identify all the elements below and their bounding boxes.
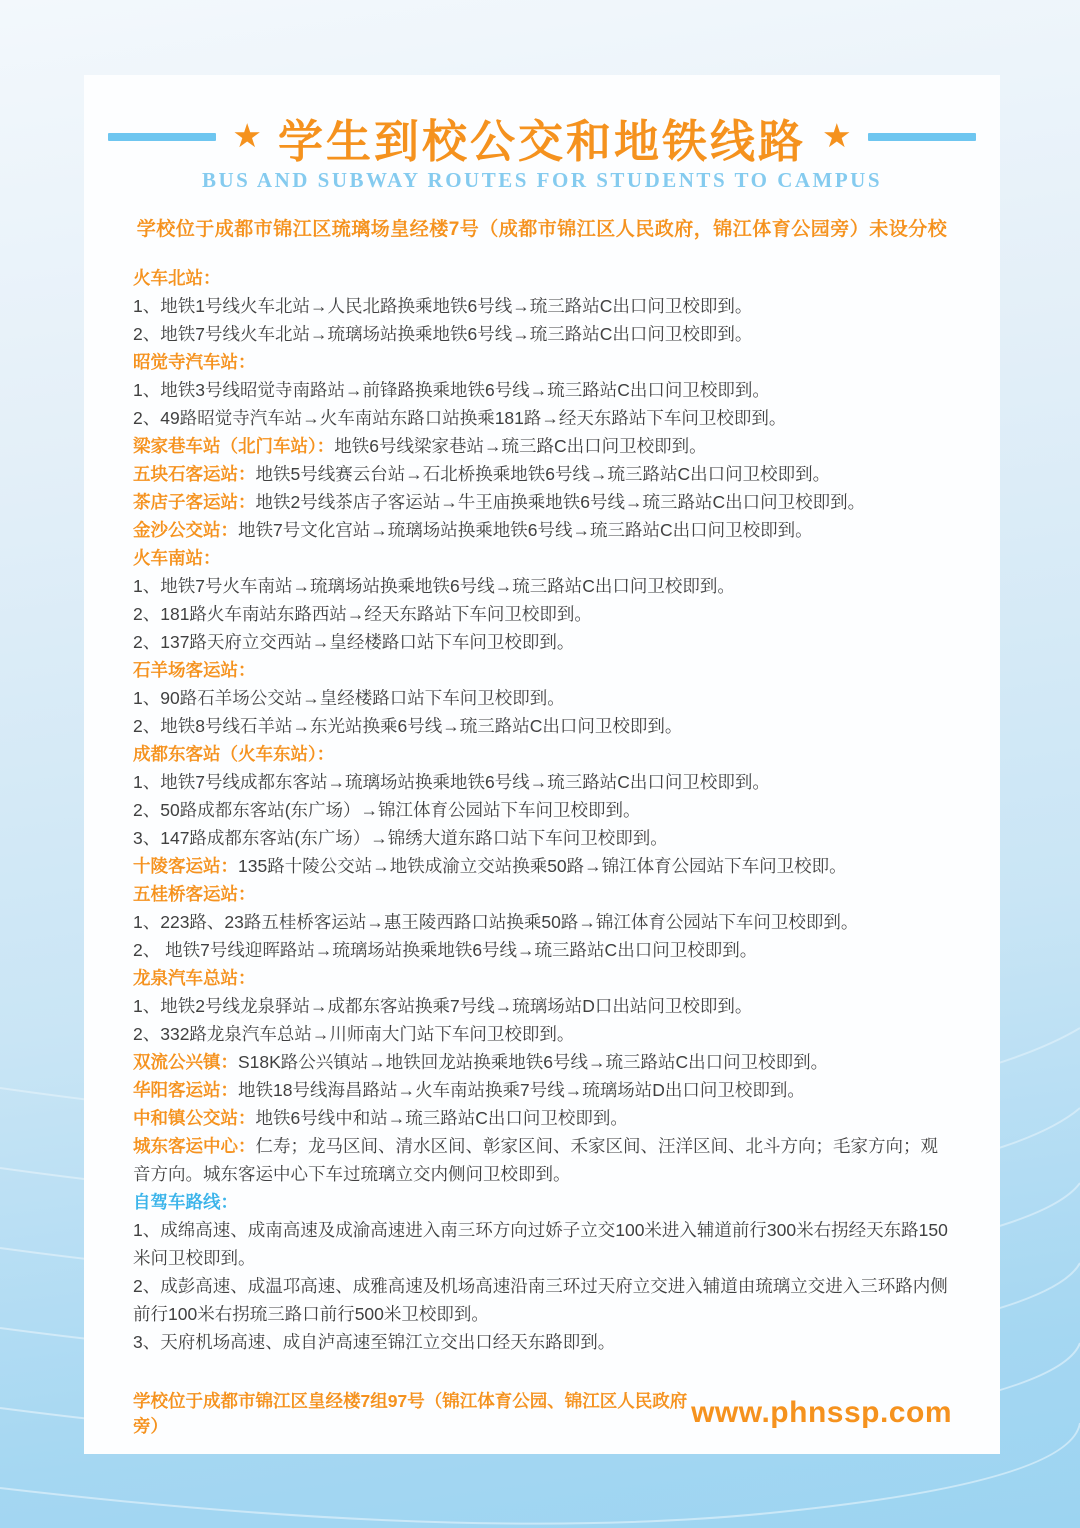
section-label: 十陵客运站： xyxy=(133,856,238,876)
section-label: 城东客运中心： xyxy=(133,1136,256,1156)
section-label: 昭觉寺汽车站： xyxy=(133,352,256,372)
section-label: 龙泉汽车总站： xyxy=(133,968,256,988)
poster-footer: 学校位于成都市锦江区皇经楼7组97号（锦江体育公园、锦江区人民政府旁） www.… xyxy=(133,1388,952,1438)
route-line: 3、天府机场高速、成自泸高速至锦江立交出口经天东路即到。 xyxy=(133,1328,952,1356)
route-line-labeled: 茶店子客运站：地铁2号线茶店子客运站→牛王庙换乘地铁6号线→琉三路站C出口问卫校… xyxy=(133,488,952,516)
route-text: 地铁6号线中和站→琉三路站C出口问卫校即到。 xyxy=(256,1108,628,1128)
section-label: 茶店子客运站： xyxy=(133,492,256,512)
page-background: ★ 学生到校公交和地铁线路 ★ BUS AND SUBWAY ROUTES FO… xyxy=(0,0,1080,1528)
route-text: 2、50路成都东客站(东广场）→锦江体育公园站下车问卫校即到。 xyxy=(133,800,641,820)
route-line: 2、49路昭觉寺汽车站→火车南站东路口站换乘181路→经天东路站下车问卫校即到。 xyxy=(133,404,952,432)
route-line-labeled: 梁家巷车站（北门车站）：地铁6号线梁家巷站→琉三路C出口问卫校即到。 xyxy=(133,432,952,460)
route-line: 2、137路天府立交西站→皇经楼路口站下车问卫校即到。 xyxy=(133,628,952,656)
school-location-note: 学校位于成都市锦江区琉璃场皇经楼7号（成都市锦江区人民政府，锦江体育公园旁）未设… xyxy=(84,214,1000,241)
poster-header: ★ 学生到校公交和地铁线路 ★ BUS AND SUBWAY ROUTES FO… xyxy=(84,75,1000,241)
route-line-labeled: 金沙公交站：地铁7号文化宫站→琉璃场站换乘地铁6号线→琉三路站C出口问卫校即到。 xyxy=(133,516,952,544)
route-line: 2、成彭高速、成温邛高速、成雅高速及机场高速沿南三环过天府立交进入辅道由琉璃立交… xyxy=(133,1272,952,1328)
route-line: 2、332路龙泉汽车总站→川师南大门站下车问卫校即到。 xyxy=(133,1020,952,1048)
section-header: 石羊场客运站： xyxy=(133,656,952,684)
route-text: 1、地铁7号火车南站→琉璃场站换乘地铁6号线→琉三路站C出口问卫校即到。 xyxy=(133,576,735,596)
website-text: www.phnssp.com xyxy=(691,1396,952,1430)
star-right-icon: ★ xyxy=(822,119,852,156)
route-line: 1、地铁2号线龙泉驿站→成都东客站换乘7号线→琉璃场站D口出站问卫校即到。 xyxy=(133,992,952,1020)
route-line: 2、地铁8号线石羊站→东光站换乘6号线→琉三路站C出口问卫校即到。 xyxy=(133,712,952,740)
route-text: 1、地铁3号线昭觉寺南路站→前锋路换乘地铁6号线→琉三路站C出口问卫校即到。 xyxy=(133,380,770,400)
route-line: 1、223路、23路五桂桥客运站→惠王陵西路口站换乘50路→锦江体育公园站下车问… xyxy=(133,908,952,936)
footer-address: 学校位于成都市锦江区皇经楼7组97号（锦江体育公园、锦江区人民政府旁） xyxy=(133,1388,691,1438)
route-line: 2、地铁7号线火车北站→琉璃场站换乘地铁6号线→琉三路站C出口问卫校即到。 xyxy=(133,320,952,348)
title-dash-left xyxy=(108,133,216,141)
section-label: 双流公兴镇： xyxy=(133,1052,238,1072)
content-card: ★ 学生到校公交和地铁线路 ★ BUS AND SUBWAY ROUTES FO… xyxy=(84,75,1000,1454)
star-left-icon: ★ xyxy=(232,119,262,156)
section-header: 火车南站： xyxy=(133,544,952,572)
route-text: 3、天府机场高速、成自泸高速至锦江立交出口经天东路即到。 xyxy=(133,1332,615,1352)
route-text: 1、地铁1号线火车北站→人民北路换乘地铁6号线→琉三路站C出口问卫校即到。 xyxy=(133,296,752,316)
route-text: 2、 地铁7号线迎晖路站→琉璃场站换乘地铁6号线→琉三路站C出口问卫校即到。 xyxy=(133,940,757,960)
section-label: 五桂桥客运站： xyxy=(133,884,256,904)
section-label: 华阳客运站： xyxy=(133,1080,238,1100)
route-line: 3、147路成都东客站(东广场）→锦绣大道东路口站下车问卫校即到。 xyxy=(133,824,952,852)
route-text: 2、332路龙泉汽车总站→川师南大门站下车问卫校即到。 xyxy=(133,1024,574,1044)
route-text: 2、地铁8号线石羊站→东光站换乘6号线→琉三路站C出口问卫校即到。 xyxy=(133,716,682,736)
section-label: 成都东客站（火车东站）： xyxy=(133,744,334,764)
route-text: 地铁5号线赛云台站→石北桥换乘地铁6号线→琉三路站C出口问卫校即到。 xyxy=(256,464,831,484)
route-line-labeled: 城东客运中心：仁寿；龙马区间、清水区间、彰家区间、禾家区间、汪洋区间、北斗方向；… xyxy=(133,1132,952,1188)
route-text: 1、地铁2号线龙泉驿站→成都东客站换乘7号线→琉璃场站D口出站问卫校即到。 xyxy=(133,996,752,1016)
section-label: 火车北站： xyxy=(133,268,221,288)
route-text: S18K路公兴镇站→地铁回龙站换乘地铁6号线→琉三路站C出口问卫校即到。 xyxy=(238,1052,828,1072)
route-line-labeled: 十陵客运站：135路十陵公交站→地铁成渝立交站换乘50路→锦江体育公园站下车问卫… xyxy=(133,852,952,880)
route-text: 地铁18号线海昌路站→火车南站换乘7号线→琉璃场站D出口问卫校即到。 xyxy=(238,1080,805,1100)
route-text: 地铁2号线茶店子客运站→牛王庙换乘地铁6号线→琉三路站C出口问卫校即到。 xyxy=(256,492,866,512)
section-label: 中和镇公交站： xyxy=(133,1108,256,1128)
route-text: 2、成彭高速、成温邛高速、成雅高速及机场高速沿南三环过天府立交进入辅道由琉璃立交… xyxy=(133,1276,948,1324)
section-header: 五桂桥客运站： xyxy=(133,880,952,908)
section-label: 金沙公交站： xyxy=(133,520,238,540)
route-line: 1、地铁1号线火车北站→人民北路换乘地铁6号线→琉三路站C出口问卫校即到。 xyxy=(133,292,952,320)
section-label: 梁家巷车站（北门车站）： xyxy=(133,436,334,456)
section-label: 石羊场客运站： xyxy=(133,660,256,680)
route-text: 1、成绵高速、成南高速及成渝高速进入南三环方向过娇子立交100米进入辅道前行30… xyxy=(133,1220,948,1268)
route-list: 火车北站：1、地铁1号线火车北站→人民北路换乘地铁6号线→琉三路站C出口问卫校即… xyxy=(133,264,952,1356)
page-title: 学生到校公交和地铁线路 xyxy=(278,105,806,170)
route-line-labeled: 五块石客运站：地铁5号线赛云台站→石北桥换乘地铁6号线→琉三路站C出口问卫校即到… xyxy=(133,460,952,488)
route-line-labeled: 双流公兴镇：S18K路公兴镇站→地铁回龙站换乘地铁6号线→琉三路站C出口问卫校即… xyxy=(133,1048,952,1076)
route-text: 1、223路、23路五桂桥客运站→惠王陵西路口站换乘50路→锦江体育公园站下车问… xyxy=(133,912,858,932)
route-text: 3、147路成都东客站(东广场）→锦绣大道东路口站下车问卫校即到。 xyxy=(133,828,668,848)
route-text: 2、49路昭觉寺汽车站→火车南站东路口站换乘181路→经天东路站下车问卫校即到。 xyxy=(133,408,786,428)
title-row: ★ 学生到校公交和地铁线路 ★ xyxy=(84,109,1000,165)
route-line: 1、成绵高速、成南高速及成渝高速进入南三环方向过娇子立交100米进入辅道前行30… xyxy=(133,1216,952,1272)
route-text: 135路十陵公交站→地铁成渝立交站换乘50路→锦江体育公园站下车问卫校即。 xyxy=(238,856,847,876)
section-label: 自驾车路线： xyxy=(133,1192,238,1212)
route-line: 2、181路火车南站东路西站→经天东路站下车问卫校即到。 xyxy=(133,600,952,628)
route-line: 1、地铁3号线昭觉寺南路站→前锋路换乘地铁6号线→琉三路站C出口问卫校即到。 xyxy=(133,376,952,404)
section-header: 自驾车路线： xyxy=(133,1188,952,1216)
section-header: 火车北站： xyxy=(133,264,952,292)
route-line: 1、90路石羊场公交站→皇经楼路口站下车问卫校即到。 xyxy=(133,684,952,712)
route-line-labeled: 中和镇公交站：地铁6号线中和站→琉三路站C出口问卫校即到。 xyxy=(133,1104,952,1132)
section-label: 五块石客运站： xyxy=(133,464,256,484)
route-text: 2、地铁7号线火车北站→琉璃场站换乘地铁6号线→琉三路站C出口问卫校即到。 xyxy=(133,324,752,344)
route-text: 地铁6号线梁家巷站→琉三路C出口问卫校即到。 xyxy=(334,436,706,456)
route-text: 地铁7号文化宫站→琉璃场站换乘地铁6号线→琉三路站C出口问卫校即到。 xyxy=(238,520,813,540)
route-text: 2、181路火车南站东路西站→经天东路站下车问卫校即到。 xyxy=(133,604,592,624)
section-label: 火车南站： xyxy=(133,548,221,568)
route-text: 1、90路石羊场公交站→皇经楼路口站下车问卫校即到。 xyxy=(133,688,565,708)
route-line: 1、地铁7号火车南站→琉璃场站换乘地铁6号线→琉三路站C出口问卫校即到。 xyxy=(133,572,952,600)
section-header: 龙泉汽车总站： xyxy=(133,964,952,992)
route-text: 2、137路天府立交西站→皇经楼路口站下车问卫校即到。 xyxy=(133,632,574,652)
section-header: 昭觉寺汽车站： xyxy=(133,348,952,376)
page-subtitle: BUS AND SUBWAY ROUTES FOR STUDENTS TO CA… xyxy=(84,168,1000,193)
route-line: 1、地铁7号线成都东客站→琉璃场站换乘地铁6号线→琉三路站C出口问卫校即到。 xyxy=(133,768,952,796)
route-text: 1、地铁7号线成都东客站→琉璃场站换乘地铁6号线→琉三路站C出口问卫校即到。 xyxy=(133,772,770,792)
section-header: 成都东客站（火车东站）： xyxy=(133,740,952,768)
route-line-labeled: 华阳客运站：地铁18号线海昌路站→火车南站换乘7号线→琉璃场站D出口问卫校即到。 xyxy=(133,1076,952,1104)
route-line: 2、50路成都东客站(东广场）→锦江体育公园站下车问卫校即到。 xyxy=(133,796,952,824)
route-line: 2、 地铁7号线迎晖路站→琉璃场站换乘地铁6号线→琉三路站C出口问卫校即到。 xyxy=(133,936,952,964)
title-dash-right xyxy=(868,133,976,141)
